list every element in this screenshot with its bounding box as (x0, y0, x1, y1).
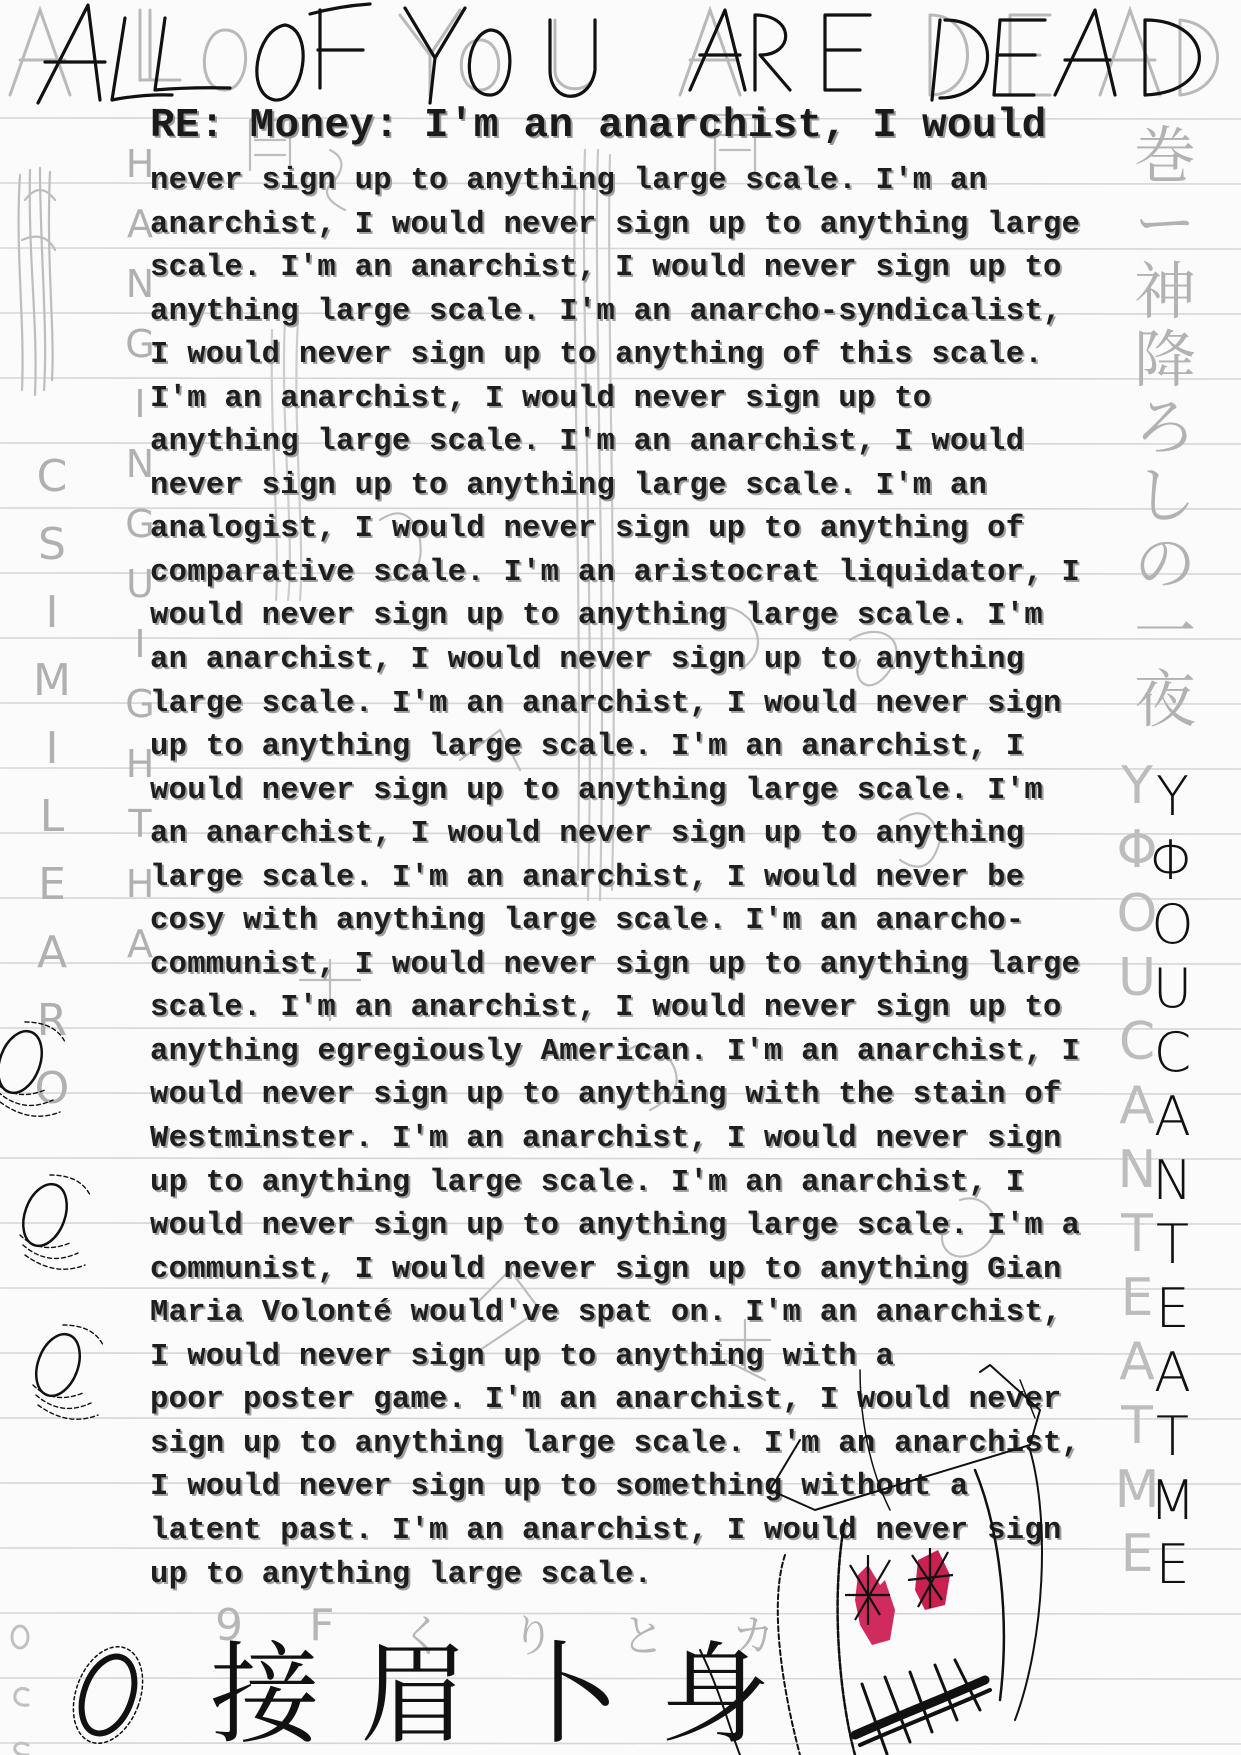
collage-page: CSIMILEARO HANGINGUIGHTHA 巻ー神降ろしの一夜 (0, 0, 1241, 1755)
monster-mouth (855, 1660, 990, 1754)
monster-drawing (0, 0, 1241, 1755)
monster-eyes (845, 1548, 953, 1645)
